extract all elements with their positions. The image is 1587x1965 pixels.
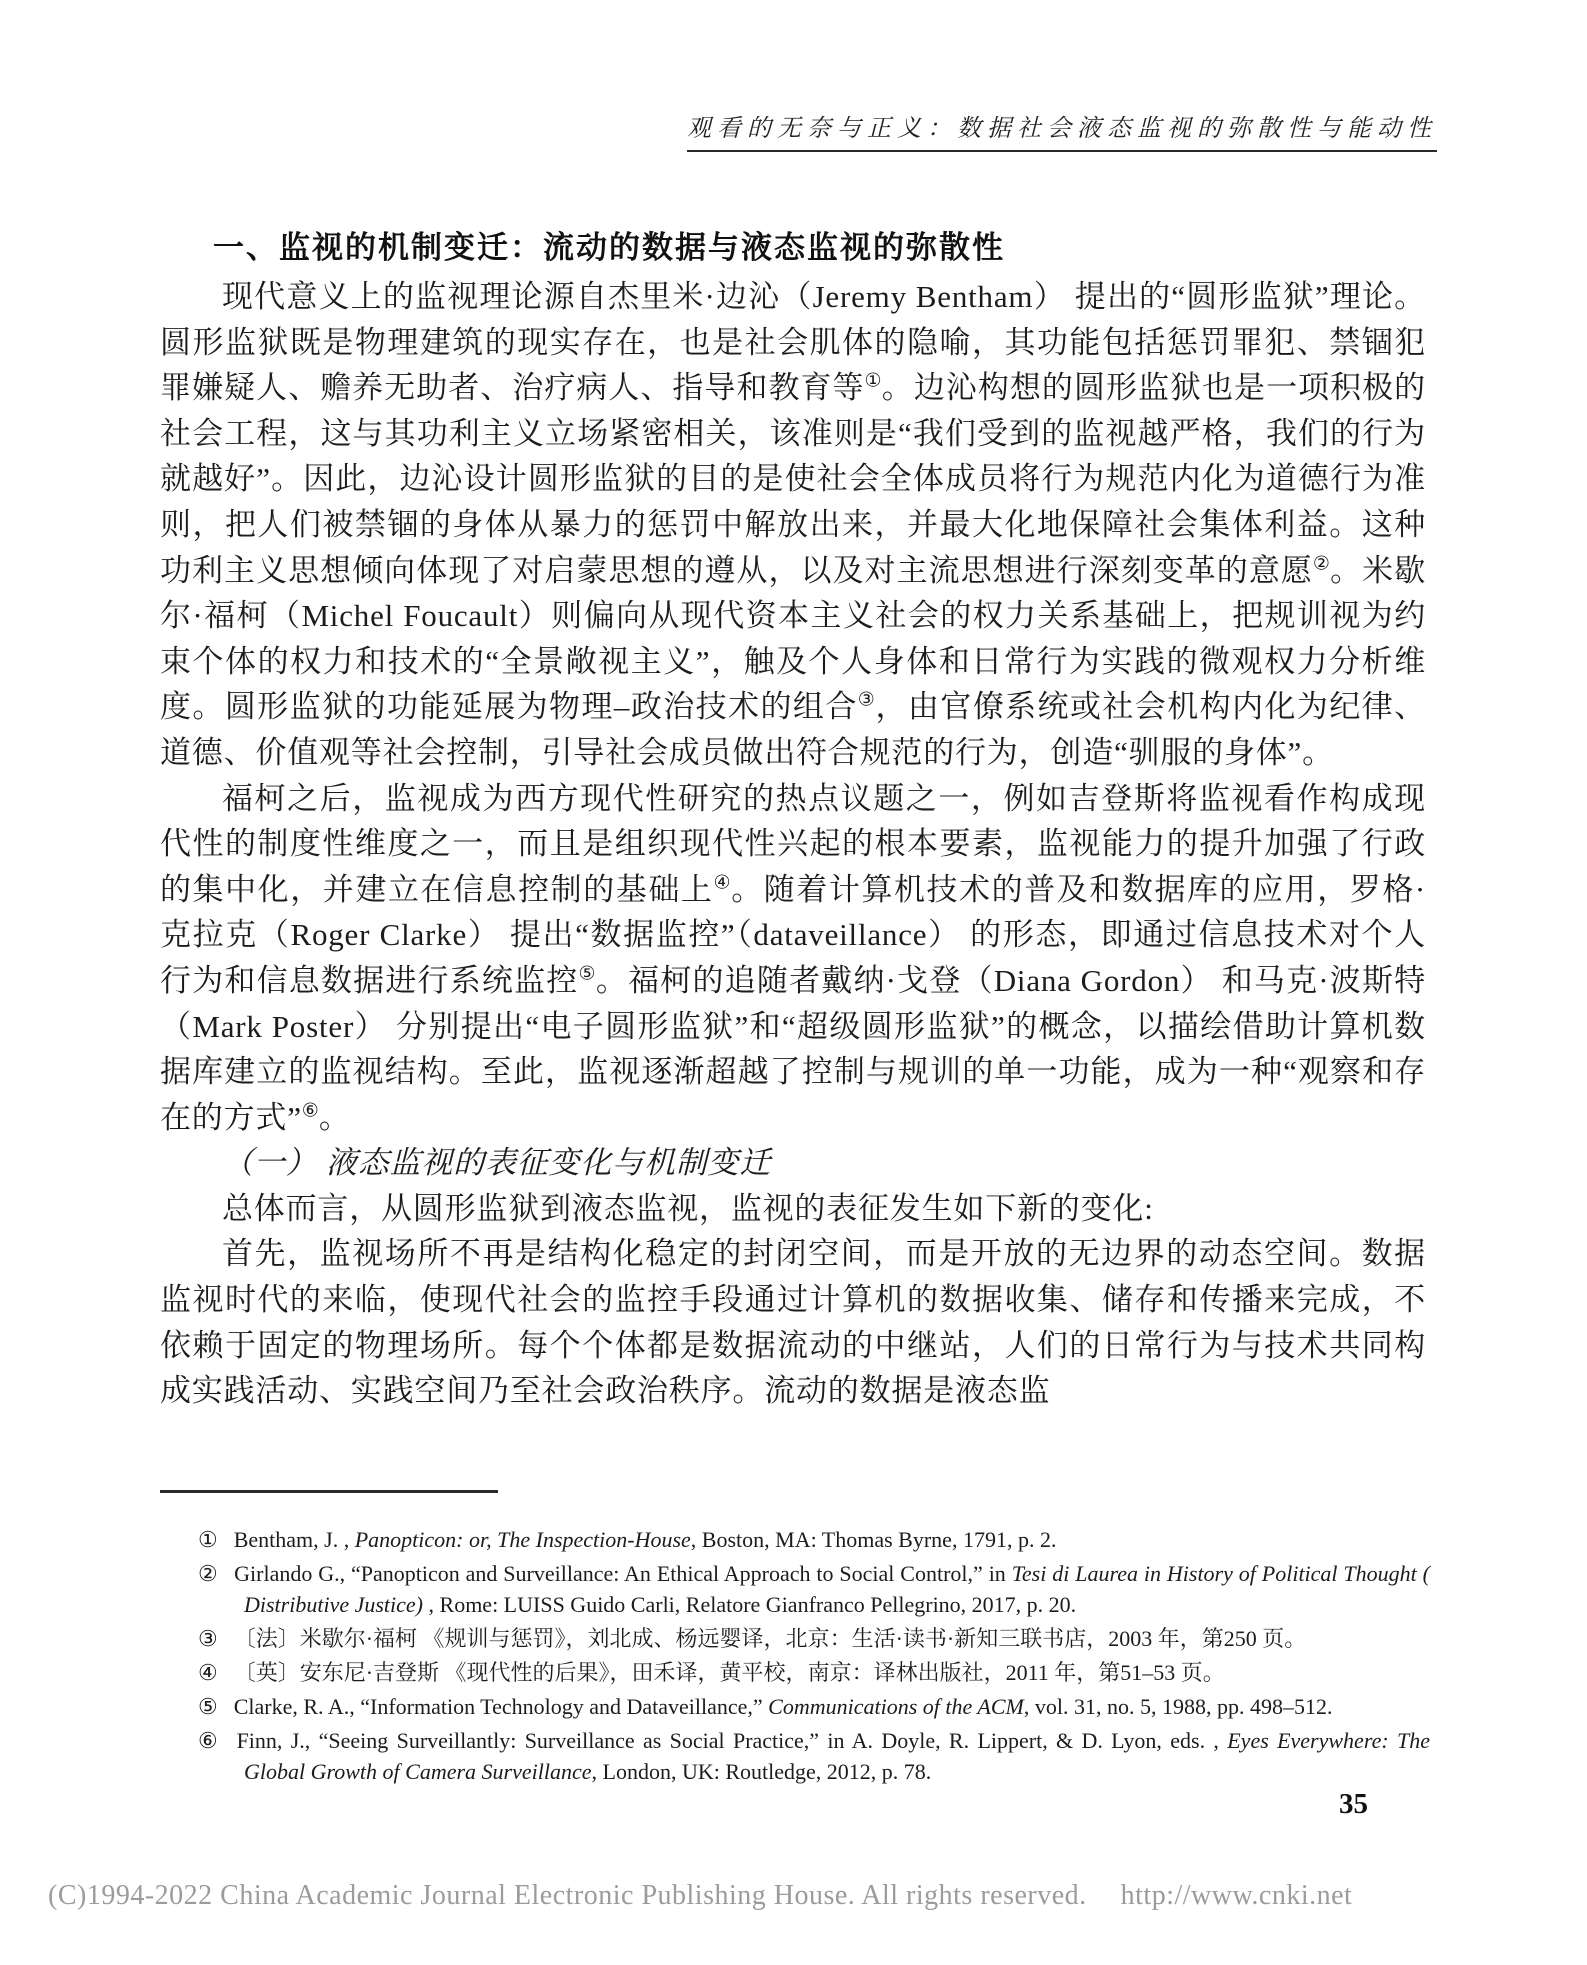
footnote-separator-line [160,1490,498,1493]
footnote-text: , Boston, MA: Thomas Byrne, 1791, p. 2. [691,1527,1057,1552]
footnote-item-2: ②Girlando G., “Panopticon and Surveillan… [198,1558,1430,1620]
footnote-marker: ① [198,1527,218,1552]
footnote-text: , Rome: LUISS Guido Carli, Relatore Gian… [423,1592,1076,1617]
text-run: 首先，监视场所不再是结构化稳定的封闭空间，而是开放的无边界的动态空间。数据监视时… [160,1236,1426,1408]
paragraph-4: 首先，监视场所不再是结构化稳定的封闭空间，而是开放的无边界的动态空间。数据监视时… [160,1231,1426,1413]
footnote-ref-3: ③ [858,690,876,711]
footnotes-section: ①Bentham, J. , Panopticon: or, The Inspe… [198,1524,1430,1790]
footnote-text: Girlando G., “Panopticon and Surveillanc… [234,1561,1012,1586]
footnote-item-4: ④〔英〕安东尼·吉登斯 《现代性的后果》，田禾译，黄平校，南京：译林出版社，20… [198,1657,1430,1688]
footer-copyright: (C)1994-2022 China Academic Journal Elec… [48,1880,1087,1911]
footer-watermark: (C)1994-2022 China Academic Journal Elec… [48,1880,1352,1912]
footnote-item-1: ①Bentham, J. , Panopticon: or, The Inspe… [198,1524,1430,1555]
footnote-ref-1: ① [865,371,882,392]
footnote-text: Finn, J., “Seeing Surveillantly: Surveil… [237,1728,1228,1753]
footnote-marker: ② [198,1561,218,1586]
footnote-ref-6: ⑥ [302,1100,319,1121]
footnote-marker: ⑤ [198,1694,218,1719]
footnote-ref-2: ② [1313,553,1330,574]
text-run: 总体而言，从圆形监狱到液态监视，监视的表征发生如下新的变化: [222,1191,1154,1226]
paragraph-2: 福柯之后，监视成为西方现代性研究的热点议题之一，例如吉登斯将监视看作构成现代性的… [160,776,1426,1141]
paragraph-1: 现代意义上的监视理论源自杰里米·边沁（Jeremy Bentham） 提出的“圆… [160,274,1426,776]
footnote-marker: ③ [198,1626,218,1651]
subsection-heading: （一） 液态监视的表征变化与机制变迁 [160,1140,1426,1186]
text-run: （一） 液态监视的表征变化与机制变迁 [222,1145,771,1180]
footnote-text: 〔英〕安东尼·吉登斯 《现代性的后果》，田禾译，黄平校，南京：译林出版社，201… [234,1660,1225,1685]
running-title: 观看的无奈与正义：数据社会液态监视的弥散性与能动性 [687,108,1437,152]
footer-url: http://www.cnki.net [1121,1880,1353,1911]
footnote-ref-4: ④ [713,872,731,893]
footnote-item-6: ⑥Finn, J., “Seeing Surveillantly: Survei… [198,1725,1430,1787]
footnote-marker: ⑥ [198,1728,221,1753]
footnote-text: , London, UK: Routledge, 2012, p. 78. [592,1759,932,1784]
page-number: 35 [1339,1788,1368,1821]
text-run: 。 [319,1100,351,1135]
paragraph-3: 总体而言，从圆形监狱到液态监视，监视的表征发生如下新的变化: [160,1186,1426,1232]
footnote-text-italic: Panopticon: or, The Inspection-House [355,1527,691,1552]
footnote-text: 〔法〕米歇尔·福柯 《规训与惩罚》，刘北成、杨远婴译，北京：生活·读书·新知三联… [234,1626,1306,1651]
body-text: 现代意义上的监视理论源自杰里米·边沁（Jeremy Bentham） 提出的“圆… [160,274,1426,1414]
footnote-text-italic: Communications of the ACM [768,1694,1024,1719]
section-heading: 一、监视的机制变迁：流动的数据与液态监视的弥散性 [213,222,1005,267]
footnote-item-3: ③〔法〕米歇尔·福柯 《规训与惩罚》，刘北成、杨远婴译，北京：生活·读书·新知三… [198,1623,1430,1654]
footnote-marker: ④ [198,1660,218,1685]
footnote-text: Clarke, R. A., “Information Technology a… [234,1694,768,1719]
document-page: 观看的无奈与正义：数据社会液态监视的弥散性与能动性 一、监视的机制变迁：流动的数… [0,0,1587,1965]
footnote-ref-5: ⑤ [578,964,595,985]
footnote-item-5: ⑤Clarke, R. A., “Information Technology … [198,1691,1430,1722]
footnote-text: Bentham, J. , [234,1527,355,1552]
footnote-text: , vol. 31, no. 5, 1988, pp. 498–512. [1024,1694,1333,1719]
